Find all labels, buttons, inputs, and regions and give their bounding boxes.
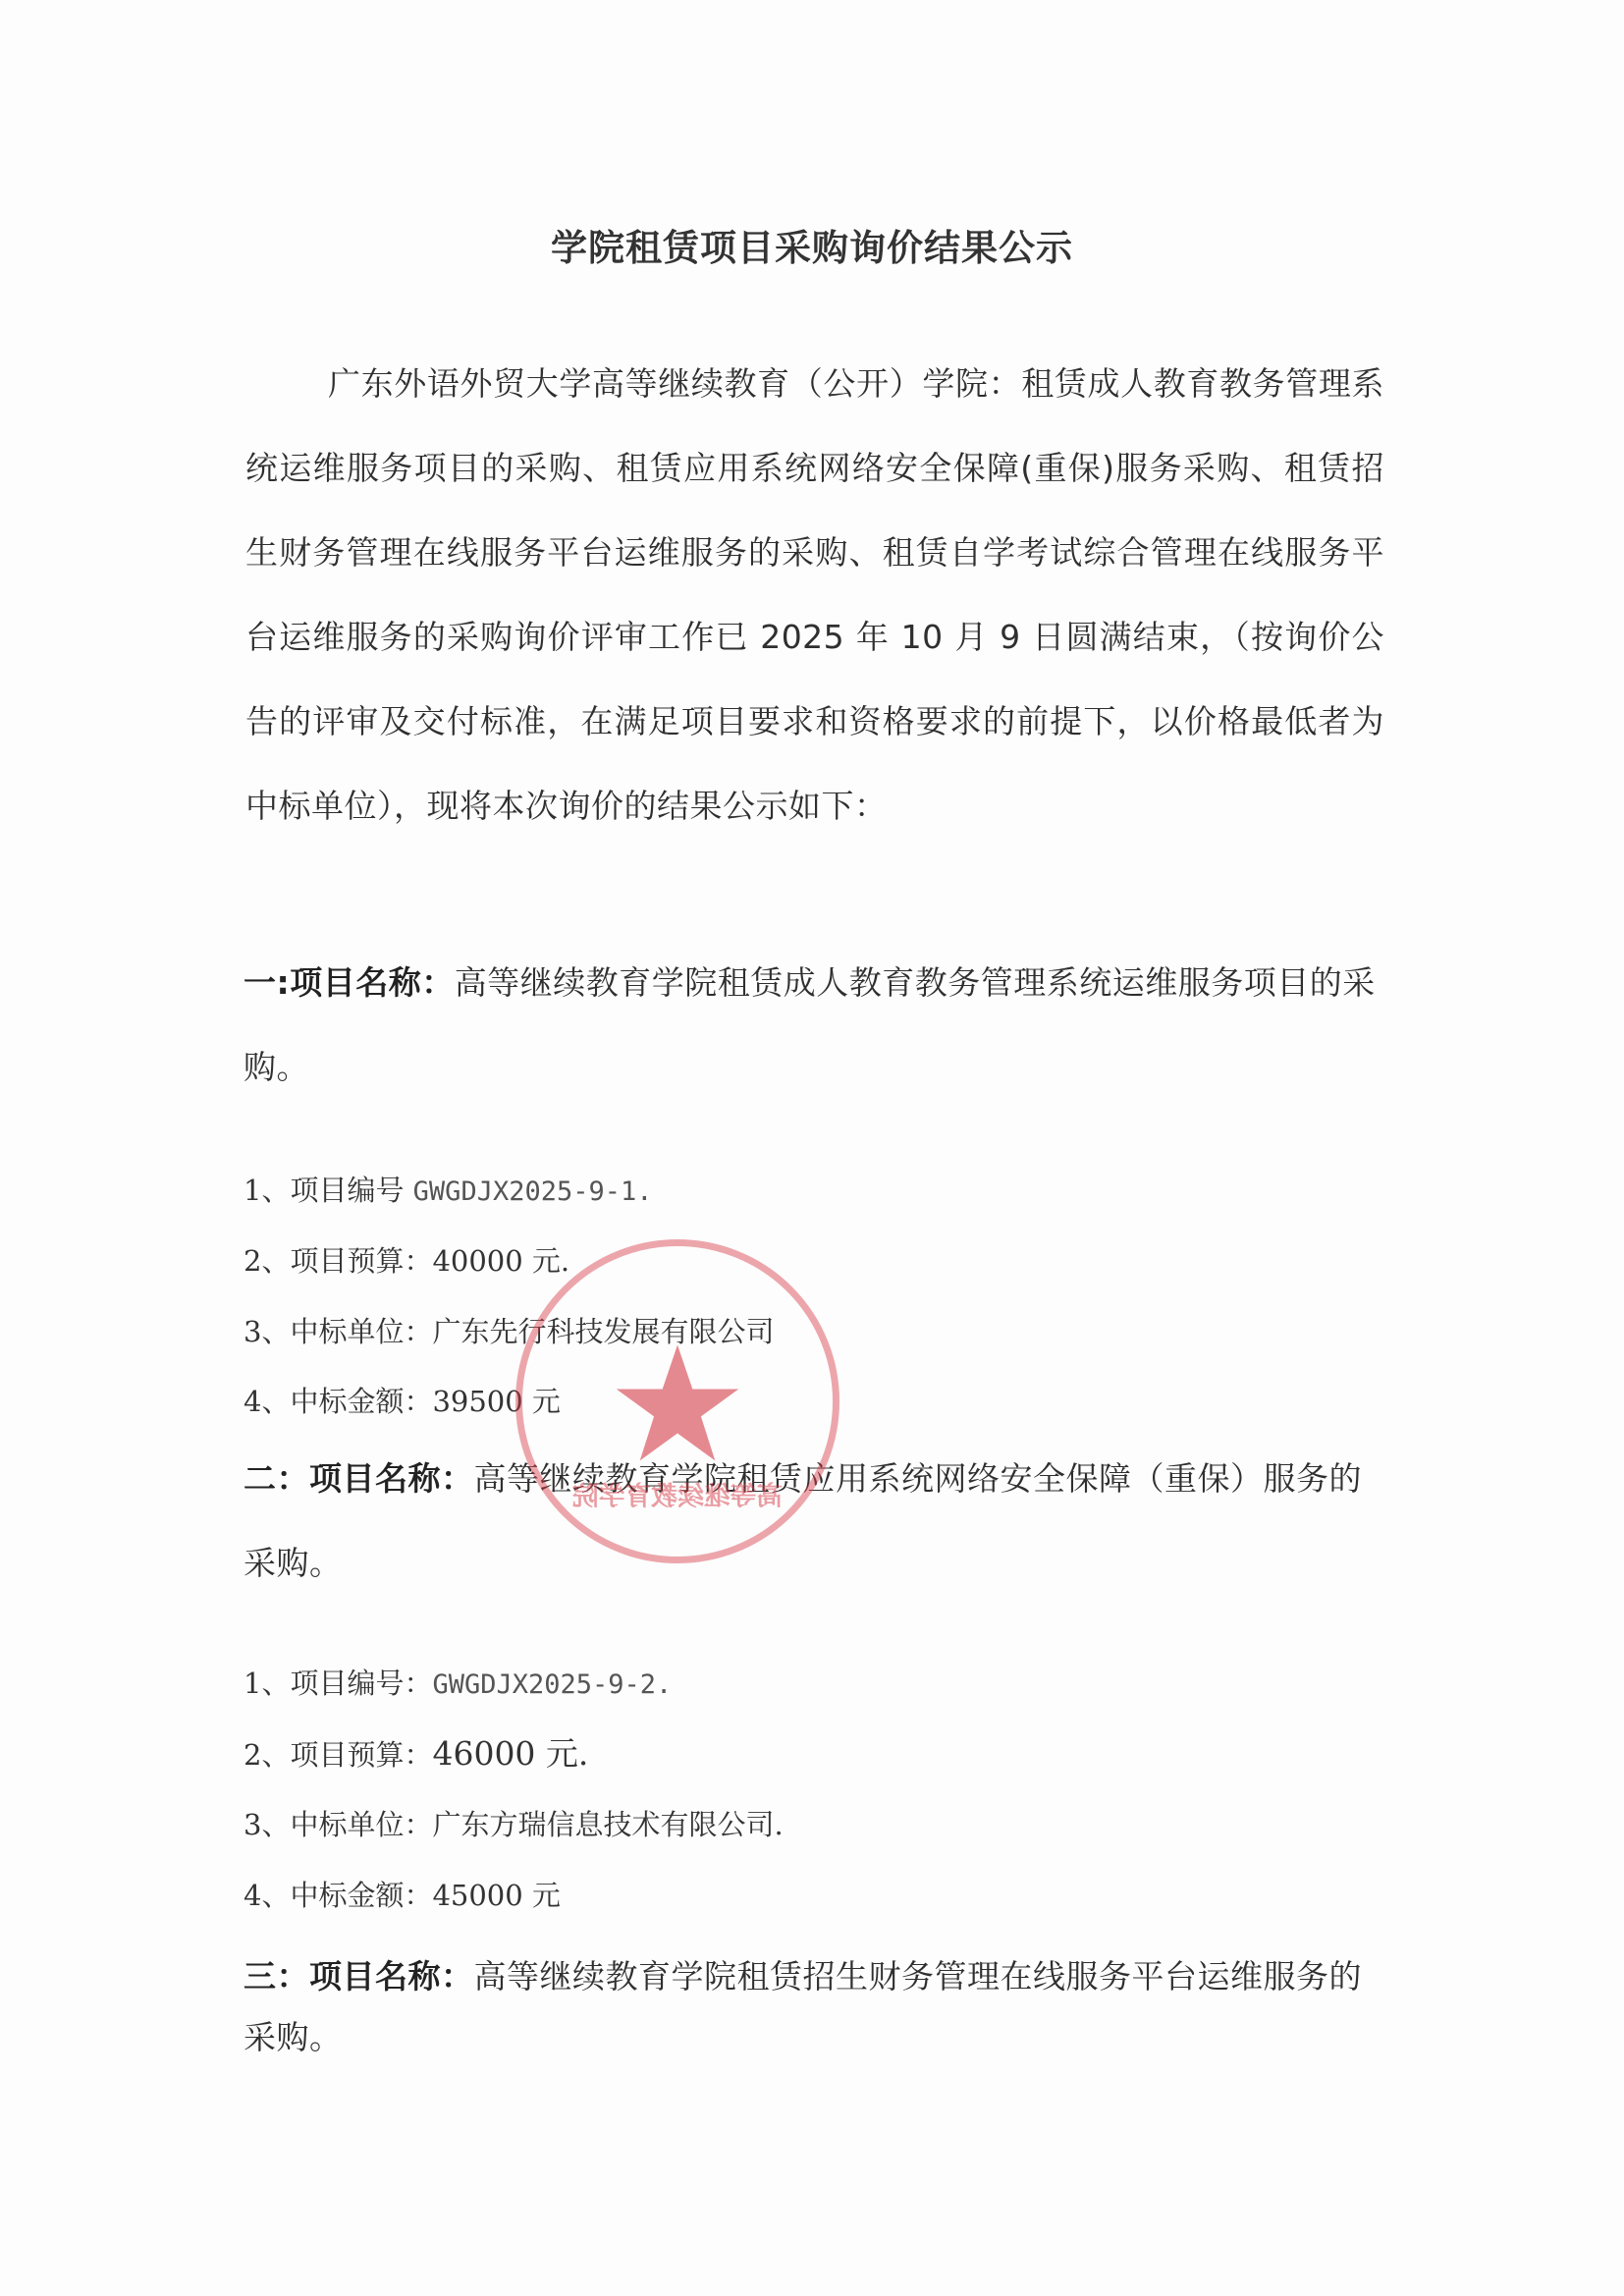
winner-value: 广东方瑞信息技术有限公司. (432, 1808, 783, 1841)
budget-value: 46000 元. (432, 1734, 588, 1773)
section-3-heading: 三：项目名称：高等继续教育学院租赁招生财务管理在线服务平台运维服务的采购。 (244, 1946, 1384, 2068)
project-code: GWGDJX2025-9-2. (432, 1669, 672, 1700)
section-2-item-budget: 2、项目预算：46000 元. (244, 1734, 588, 1775)
section-2-item-code: 1、项目编号：GWGDJX2025-9-2. (244, 1664, 672, 1705)
section-2-heading: 二：项目名称：高等继续教育学院租赁应用系统网络安全保障（重保）服务的采购。 (244, 1437, 1384, 1606)
item-label: 2、项目预算： (244, 1244, 432, 1278)
section-1-item-code: 1、项目编号 GWGDJX2025-9-1. (244, 1171, 653, 1212)
project-code: GWGDJX2025-9-1. (413, 1176, 653, 1207)
budget-value: 40000 元. (432, 1244, 569, 1278)
section-1-item-winner: 3、中标单位：广东先行科技发展有限公司 (244, 1312, 774, 1351)
section-1-heading: 一:项目名称：高等继续教育学院租赁成人教育教务管理系统运维服务项目的采购。 (244, 941, 1384, 1110)
document-page: 学院租赁项目采购询价结果公示 广东外语外贸大学高等继续教育（公开）学院：租赁成人… (0, 0, 1624, 2296)
section-1-label: 一:项目名称： (244, 963, 455, 1002)
winner-value: 广东先行科技发展有限公司 (432, 1315, 774, 1348)
item-label: 1、项目编号 (244, 1174, 413, 1207)
item-label: 3、中标单位： (244, 1315, 432, 1348)
item-label: 4、中标金额： (244, 1385, 432, 1418)
amount-value: 39500 元 (432, 1385, 560, 1418)
section-1-item-amount: 4、中标金额：39500 元 (244, 1382, 561, 1421)
item-label: 4、中标金额： (244, 1879, 432, 1912)
section-1-item-budget: 2、项目预算：40000 元. (244, 1241, 569, 1281)
item-label: 3、中标单位： (244, 1808, 432, 1841)
section-2-item-winner: 3、中标单位：广东方瑞信息技术有限公司. (244, 1805, 784, 1844)
section-2-label: 二：项目名称： (244, 1459, 474, 1498)
amount-value: 45000 元 (432, 1879, 560, 1912)
item-label: 1、项目编号： (244, 1667, 432, 1700)
item-label: 2、项目预算： (244, 1738, 432, 1772)
section-3-label: 三：项目名称： (244, 1957, 474, 1995)
intro-paragraph: 广东外语外贸大学高等继续教育（公开）学院：租赁成人教育教务管理系统运维服务项目的… (245, 342, 1384, 848)
document-title: 学院租赁项目采购询价结果公示 (0, 218, 1624, 271)
section-2-item-amount: 4、中标金额：45000 元 (244, 1876, 561, 1915)
